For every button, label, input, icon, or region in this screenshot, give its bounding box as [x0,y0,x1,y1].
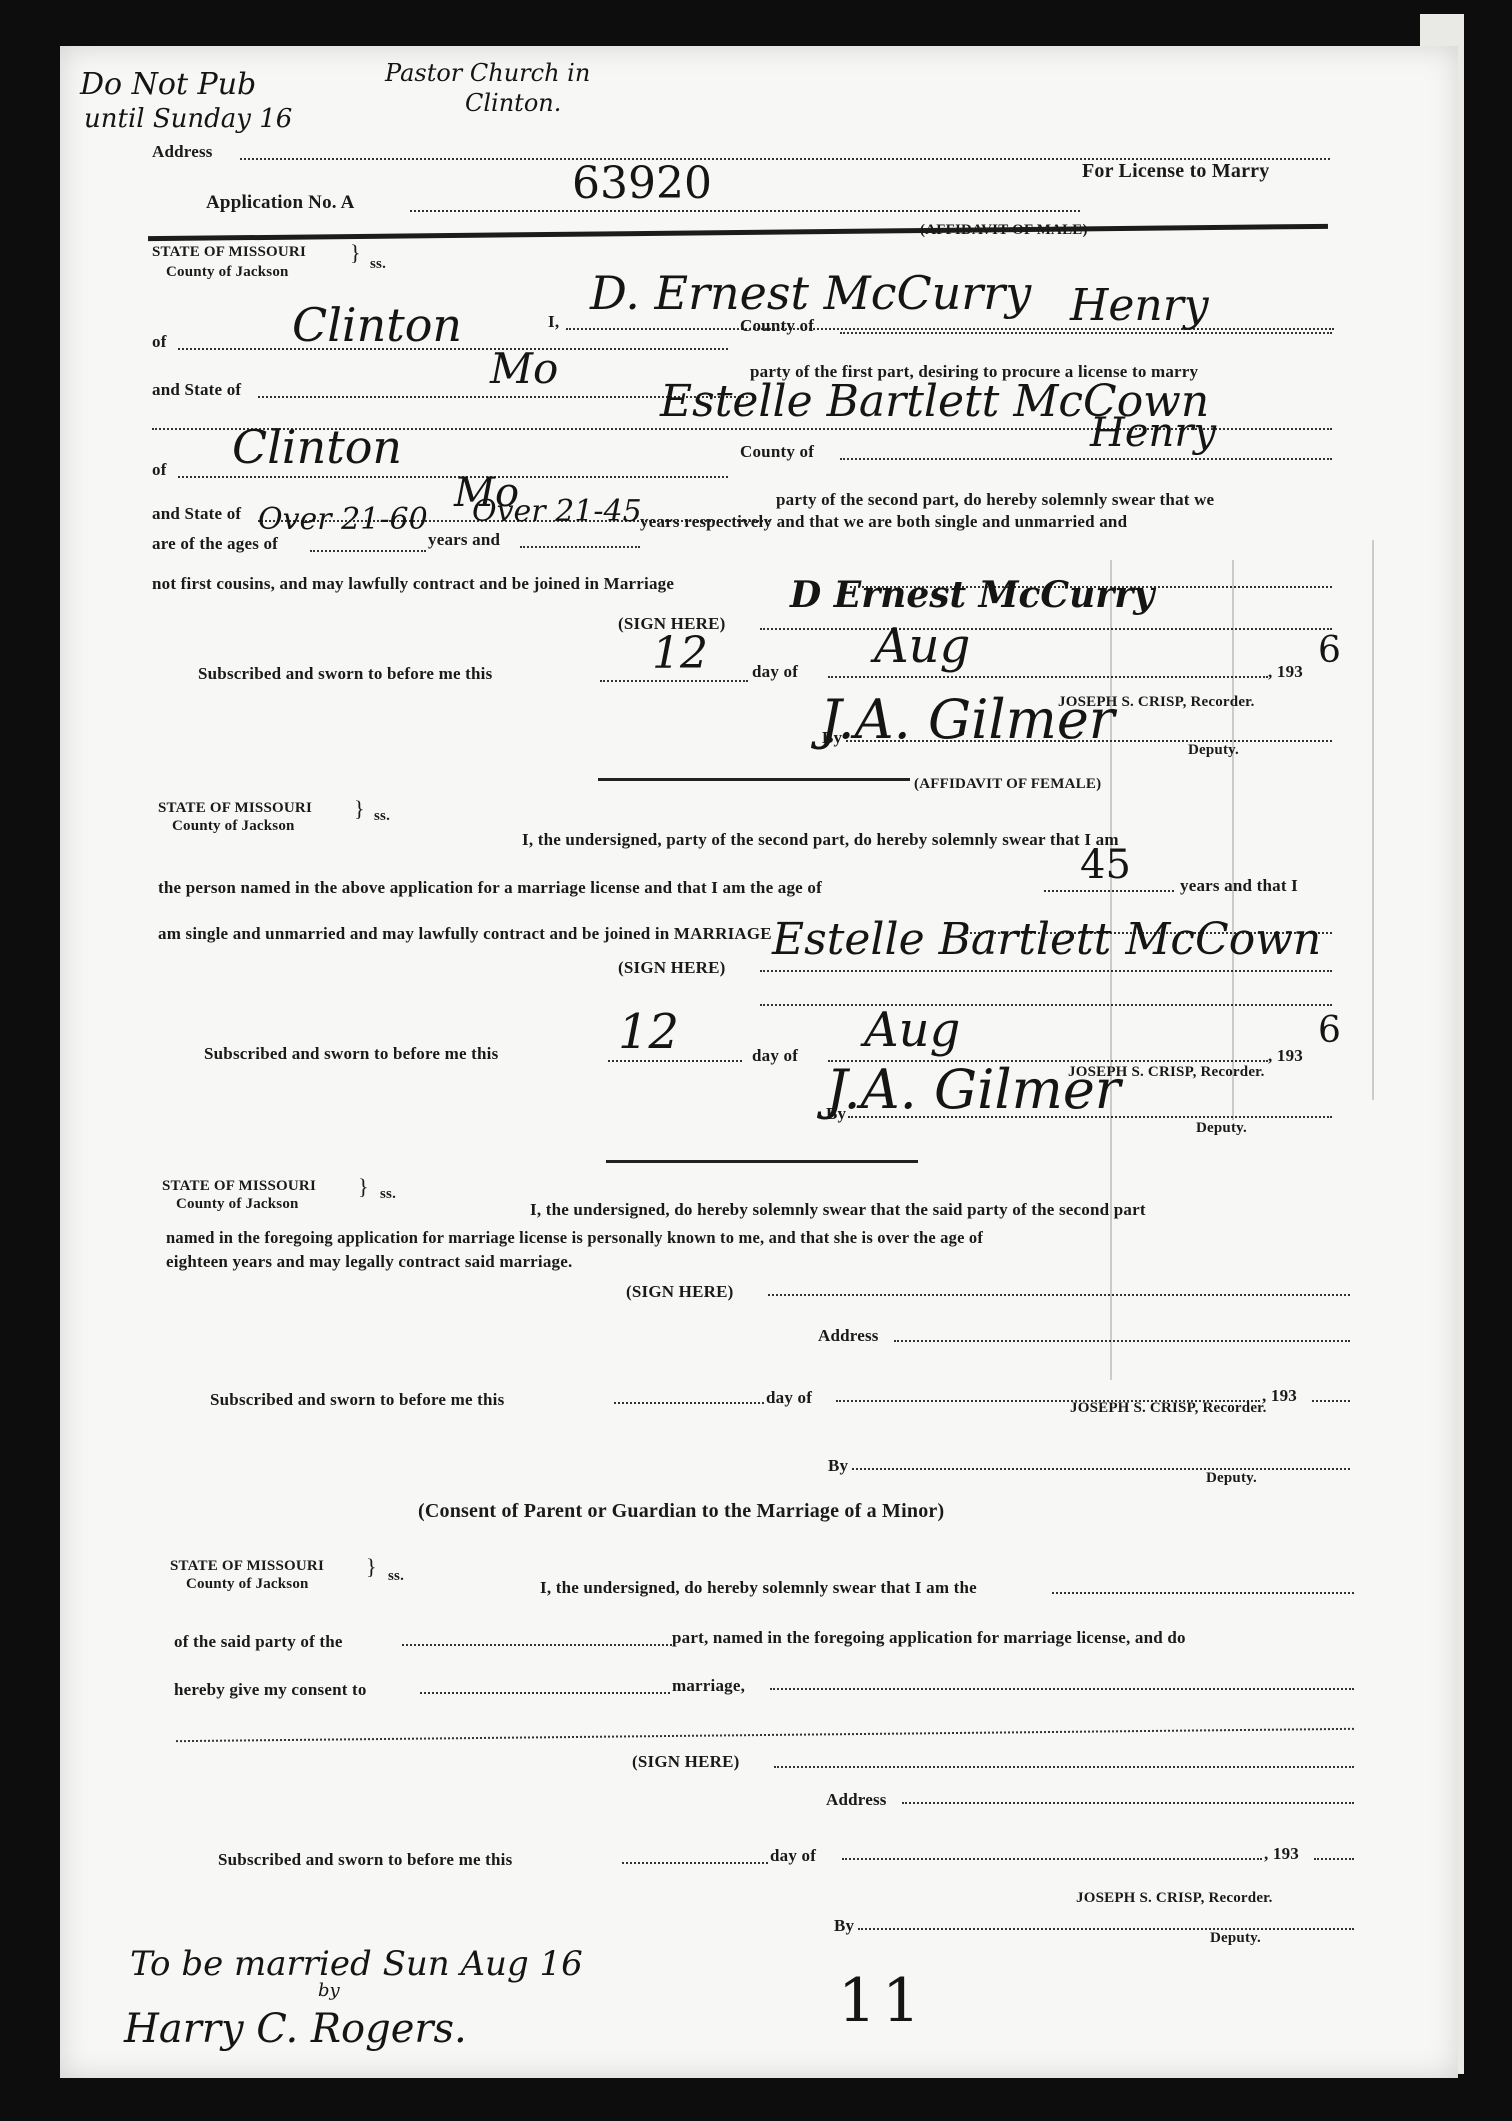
ss-label-3: ss. [380,1186,396,1203]
day-field-2[interactable]: 12 [618,1004,679,1060]
address-label-3: Address [818,1326,879,1346]
sign-here-label-2: (SIGN HERE) [618,958,726,978]
deputy-signature[interactable]: J.A. Gilmer [820,688,1115,751]
deputy-line-4 [858,1928,1354,1930]
female-line3: am single and unmarried and may lawfully… [158,924,772,944]
month-field-2[interactable]: Aug [864,1002,960,1058]
month-field[interactable]: Aug [874,618,970,674]
of-label-2: of [152,460,167,480]
female-age-line [1044,890,1174,892]
male-signature[interactable]: D Ernest McCurry [790,574,1154,616]
county-label-4: County of Jackson [186,1576,309,1593]
handwritten-note-pastor: Pastor Church in Clinton. [385,58,590,118]
bride-city-line [178,476,728,478]
male-affidavit-heading: (AFFIDAVIT OF MALE) [920,222,1088,239]
scan-artifact [1232,560,1234,1120]
day-line-4 [622,1862,768,1864]
state-label-4: STATE OF MISSOURI [170,1558,324,1575]
age-male-field[interactable]: Over 21-60 [258,502,428,537]
section-divider [598,778,910,781]
brace: } [354,796,365,822]
age-male-line [310,550,426,552]
age-female-field[interactable]: Over 21-45 [472,494,642,529]
license-title: For License to Marry [1082,160,1269,183]
day-line-2 [608,1060,742,1062]
address-label-4: Address [826,1790,887,1810]
handwritten-note-wedding-date: To be married Sun Aug 16 [130,1944,583,1984]
female-line2a: the person named in the above applicatio… [158,878,822,898]
witness-line1: I, the undersigned, do hereby solemnly s… [530,1200,1146,1220]
recorder-label-3: JOSEPH S. CRISP, Recorder. [1070,1400,1267,1417]
cousins-text: not first cousins, and may lawfully cont… [152,574,674,594]
year-field-2[interactable]: 6 [1318,1010,1341,1051]
consent-line3b: marriage, [672,1676,745,1696]
subscribed-text: Subscribed and sworn to before me this [198,664,492,684]
years-and-label: years and [428,530,500,550]
state-label: STATE OF MISSOURI [152,244,306,261]
month-line-4 [842,1858,1262,1860]
consent-line1: I, the undersigned, do hereby solemnly s… [540,1578,977,1598]
day-of-label-3: day of [766,1388,812,1408]
state-of-label: and State of [152,380,241,400]
sign-here-label-3: (SIGN HERE) [626,1282,734,1302]
county-label-2: County of Jackson [172,818,295,835]
deputy-label-3: Deputy. [1206,1470,1257,1487]
female-affidavit-heading: (AFFIDAVIT OF FEMALE) [914,776,1101,793]
deputy-signature-2[interactable]: J.A. Gilmer [826,1058,1121,1121]
handwritten-note-by: by [318,1980,340,2001]
female-signature-line [760,970,1332,972]
second-part-text: party of the second part, do hereby sole… [776,490,1214,510]
witness-line3: eighteen years and may legally contract … [166,1252,572,1272]
county-of-label-2: County of [740,442,814,462]
respectively-text: years respectively and that we are both … [640,512,1127,532]
consent-line2b: part, named in the foregoing application… [672,1628,1186,1648]
witness-signature-line [768,1294,1350,1296]
state-label-2: STATE OF MISSOURI [158,800,312,817]
brace: } [358,1174,369,1200]
blank-line [760,1004,1332,1006]
scan-artifact [1372,540,1374,1100]
male-city-field[interactable]: Clinton [292,298,462,352]
deputy-line-3 [852,1468,1350,1470]
year-label-3: , 193 [1262,1386,1297,1406]
application-number-value: 63920 [572,158,712,209]
female-signature[interactable]: Estelle Bartlett McCown [772,914,1321,965]
handwritten-mark: 11 [838,1966,926,2036]
consent-signature-line [774,1766,1354,1768]
day-field[interactable]: 12 [652,628,708,679]
male-name-field[interactable]: D. Ernest McCurry [590,266,1031,320]
state-of-label-2: and State of [152,504,241,524]
year-label-4: , 193 [1264,1844,1299,1864]
day-line [600,680,748,682]
consent-name-line [420,1692,670,1694]
day-line-3 [614,1402,764,1404]
i-label: I, [548,312,559,332]
ss-label-4: ss. [388,1568,404,1585]
application-number-label: Application No. A [206,192,355,214]
day-of-label-2: day of [752,1046,798,1066]
day-of-label-4: day of [770,1846,816,1866]
subscribed-text-4: Subscribed and sworn to before me this [218,1850,512,1870]
year-field[interactable]: 6 [1318,630,1341,671]
party-line [402,1644,672,1646]
bride-county-line [840,458,1332,460]
subscribed-text-2: Subscribed and sworn to before me this [204,1044,498,1064]
by-label-3: By [828,1456,848,1476]
brace: } [366,1554,377,1580]
consent-line2a: of the said party of the [174,1632,343,1652]
ss-label-2: ss. [374,808,390,825]
male-state-field[interactable]: Mo [490,344,558,393]
county-label-3: County of Jackson [176,1196,299,1213]
handwritten-note-officiant: Harry C. Rogers. [124,2006,467,2052]
bride-city-field[interactable]: Clinton [232,420,402,474]
consent-line3a: hereby give my consent to [174,1680,367,1700]
section-divider-2 [606,1160,918,1163]
female-line2b: years and that I [1180,876,1298,896]
by-label-4: By [834,1916,854,1936]
ages-label: are of the ages of [152,534,278,554]
consent-marriage-line [770,1688,1354,1690]
male-name-line [566,328,1334,330]
deputy-label: Deputy. [1188,742,1239,759]
sign-here-label-4: (SIGN HERE) [632,1752,740,1772]
application-number-line [410,210,1080,212]
male-county-line [840,332,1332,334]
consent-address-line [902,1802,1354,1804]
day-of-label: day of [752,662,798,682]
handwritten-note-do-not-publish: Do Not Pub until Sunday 16 [80,68,292,136]
year-line-4 [1314,1858,1354,1860]
female-age-field[interactable]: 45 [1080,842,1131,888]
witness-line2: named in the foregoing application for m… [166,1228,983,1248]
witness-address-line [894,1340,1350,1342]
consent-heading: (Consent of Parent or Guardian to the Ma… [418,1500,944,1523]
state-label-3: STATE OF MISSOURI [162,1178,316,1195]
male-county-field[interactable]: Henry [1070,280,1209,331]
relation-line [1052,1592,1354,1594]
recorder-label-4: JOSEPH S. CRISP, Recorder. [1076,1890,1273,1907]
year-label-2: , 193 [1268,1046,1303,1066]
address-label: Address [152,142,213,162]
year-line-3 [1312,1400,1350,1402]
brace: } [350,240,361,266]
year-label: , 193 [1268,662,1303,682]
male-signature-line [760,628,1332,630]
deputy-label-2: Deputy. [1196,1120,1247,1137]
subscribed-text-3: Subscribed and sworn to before me this [210,1390,504,1410]
ss-label: ss. [370,256,386,273]
county-of-label: County of [740,316,814,336]
month-line [828,676,1268,678]
county-label: County of Jackson [166,264,289,281]
of-label: of [152,332,167,352]
deputy-label-4: Deputy. [1210,1930,1261,1947]
female-line1: I, the undersigned, party of the second … [522,830,1119,850]
bride-county-field[interactable]: Henry [1090,410,1216,456]
age-female-line [520,546,640,548]
